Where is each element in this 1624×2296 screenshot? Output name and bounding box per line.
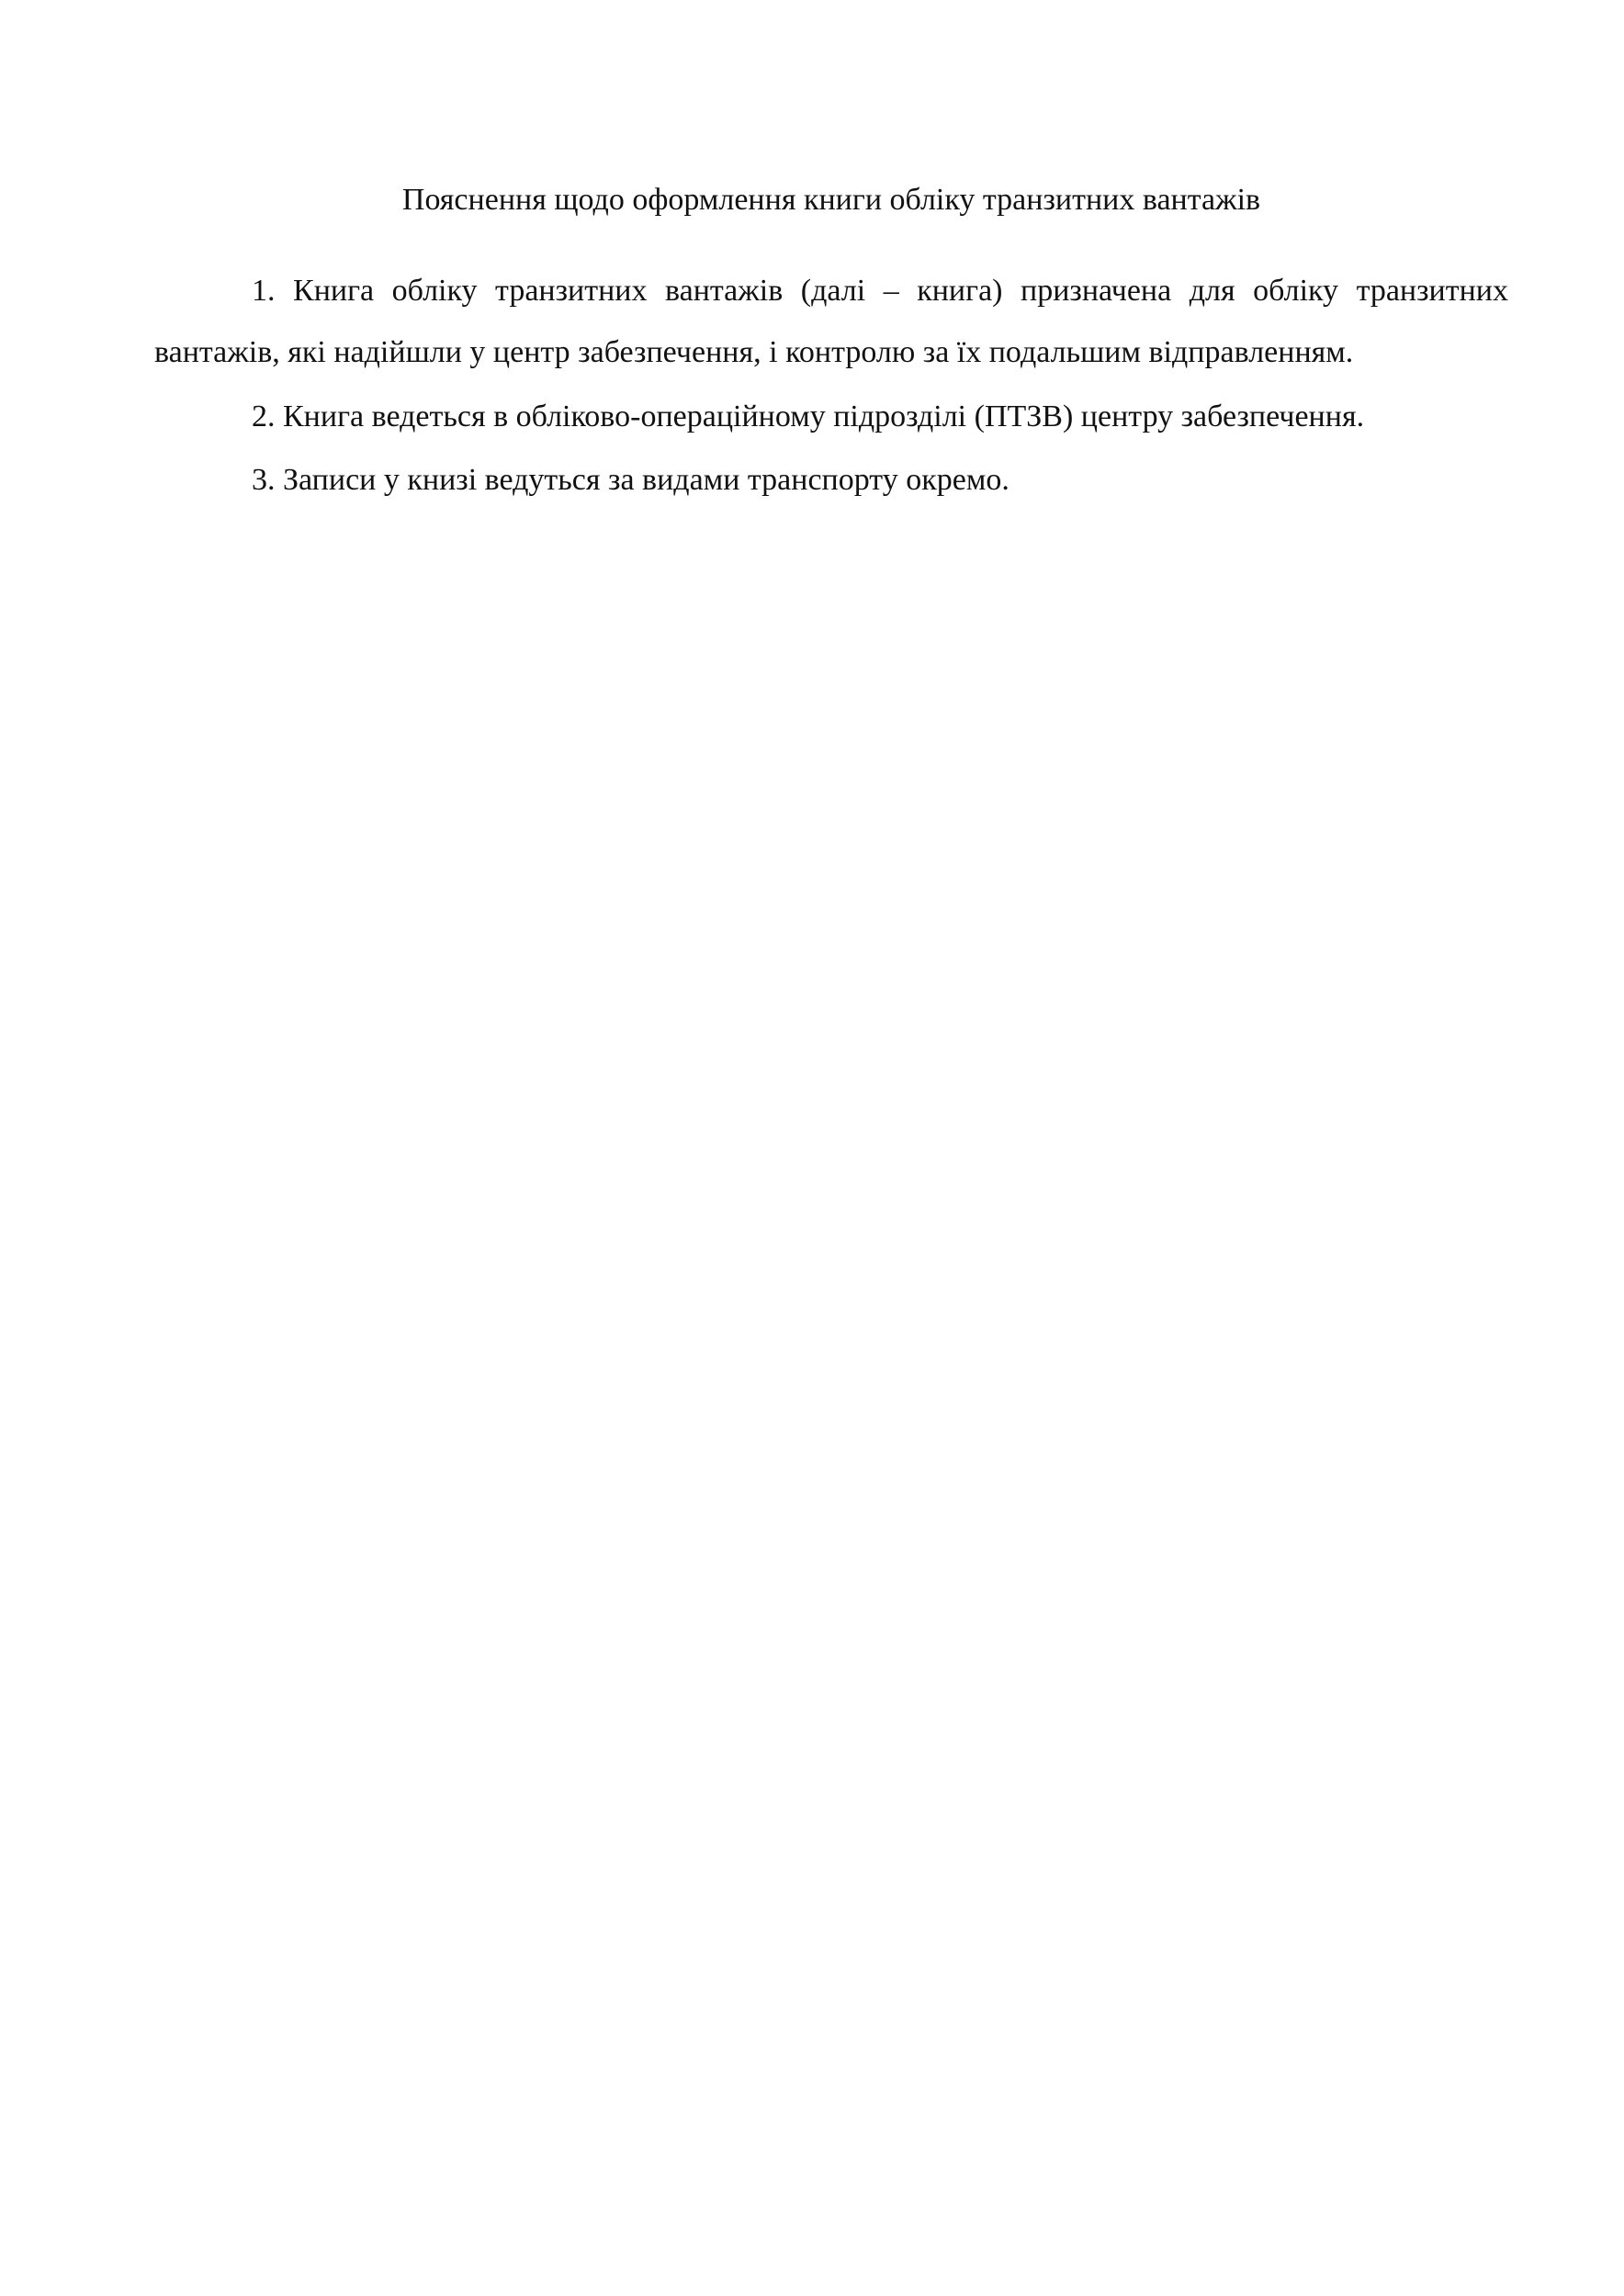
paragraph-3: 3. Записи у книзі ведуться за видами тра… xyxy=(154,450,1508,512)
document-body: 1. Книга обліку транзитних вантажів (дал… xyxy=(154,261,1508,511)
paragraph-1: 1. Книга обліку транзитних вантажів (дал… xyxy=(154,261,1508,383)
document-title: Пояснення щодо оформлення книги обліку т… xyxy=(154,180,1508,220)
paragraph-2: 2. Книга ведеться в обліково-операційном… xyxy=(154,387,1508,448)
